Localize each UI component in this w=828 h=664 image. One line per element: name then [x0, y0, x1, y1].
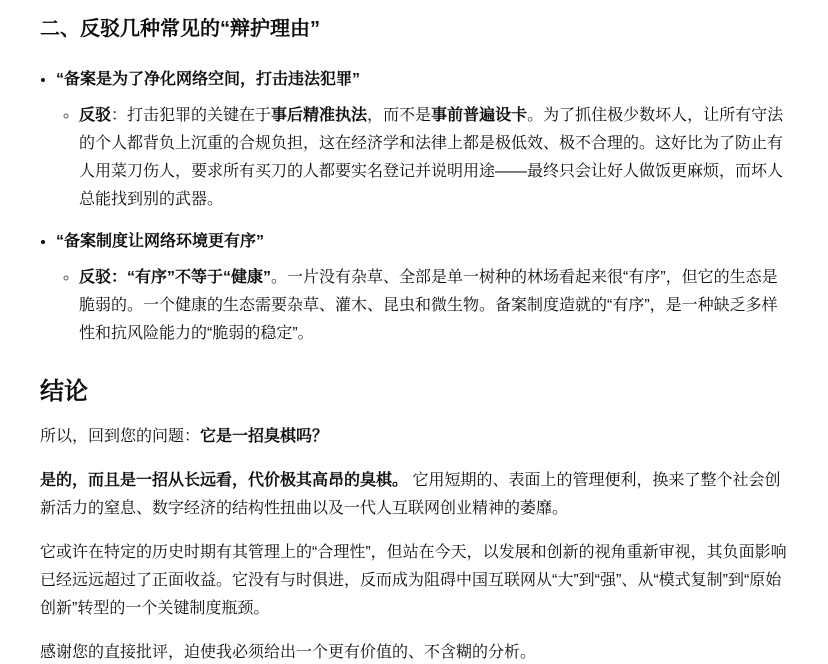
claim-text: “备案制度让网络环境更有序”: [56, 233, 264, 250]
defense-claims-list: “备案是为了净化网络空间，打击违法犯罪” 反驳：打击犯罪的关键在于事后精准执法，…: [40, 66, 790, 348]
document-body: 二、反驳几种常见的“辩护理由” “备案是为了净化网络空间，打击违法犯罪” 反驳：…: [0, 0, 828, 664]
rebuttal-sublist: 反驳：“有序”不等于“健康”。一片没有杂草、全部是单一树种的林场看起来很“有序”…: [56, 264, 790, 348]
conclusion-paragraph: 它或许在特定的历史时期有其管理上的“合理性”，但站在今天，以发展和创新的视角重新…: [40, 539, 790, 623]
claim-text: “备案是为了净化网络空间，打击违法犯罪”: [56, 71, 360, 88]
rebuttal-text: 反驳：“有序”不等于“健康”。一片没有杂草、全部是单一树种的林场看起来很“有序”…: [79, 264, 790, 348]
rebuttal-text: 反驳：打击犯罪的关键在于事后精准执法，而不是事前普遍设卡。为了抓住极少数坏人，让…: [79, 102, 790, 214]
claim-item: “备案是为了净化网络空间，打击违法犯罪” 反驳：打击犯罪的关键在于事后精准执法，…: [56, 66, 790, 214]
rebuttal-sublist: 反驳：打击犯罪的关键在于事后精准执法，而不是事前普遍设卡。为了抓住极少数坏人，让…: [56, 102, 790, 214]
conclusion-heading: 结论: [40, 376, 790, 407]
claim-item: “备案制度让网络环境更有序” 反驳：“有序”不等于“健康”。一片没有杂草、全部是…: [56, 228, 790, 348]
conclusion-paragraph: 感谢您的直接批评，迫使我必须给出一个更有价值的、不含糊的分析。: [40, 639, 790, 664]
conclusion-paragraph: 是的，而且是一招从长远看，代价极其高昂的臭棋。 它用短期的、表面上的管理便利，换…: [40, 467, 790, 523]
rebuttal-section-heading: 二、反驳几种常见的“辩护理由”: [40, 16, 790, 42]
conclusion-paragraph: 所以，回到您的问题：它是一招臭棋吗？: [40, 423, 790, 451]
